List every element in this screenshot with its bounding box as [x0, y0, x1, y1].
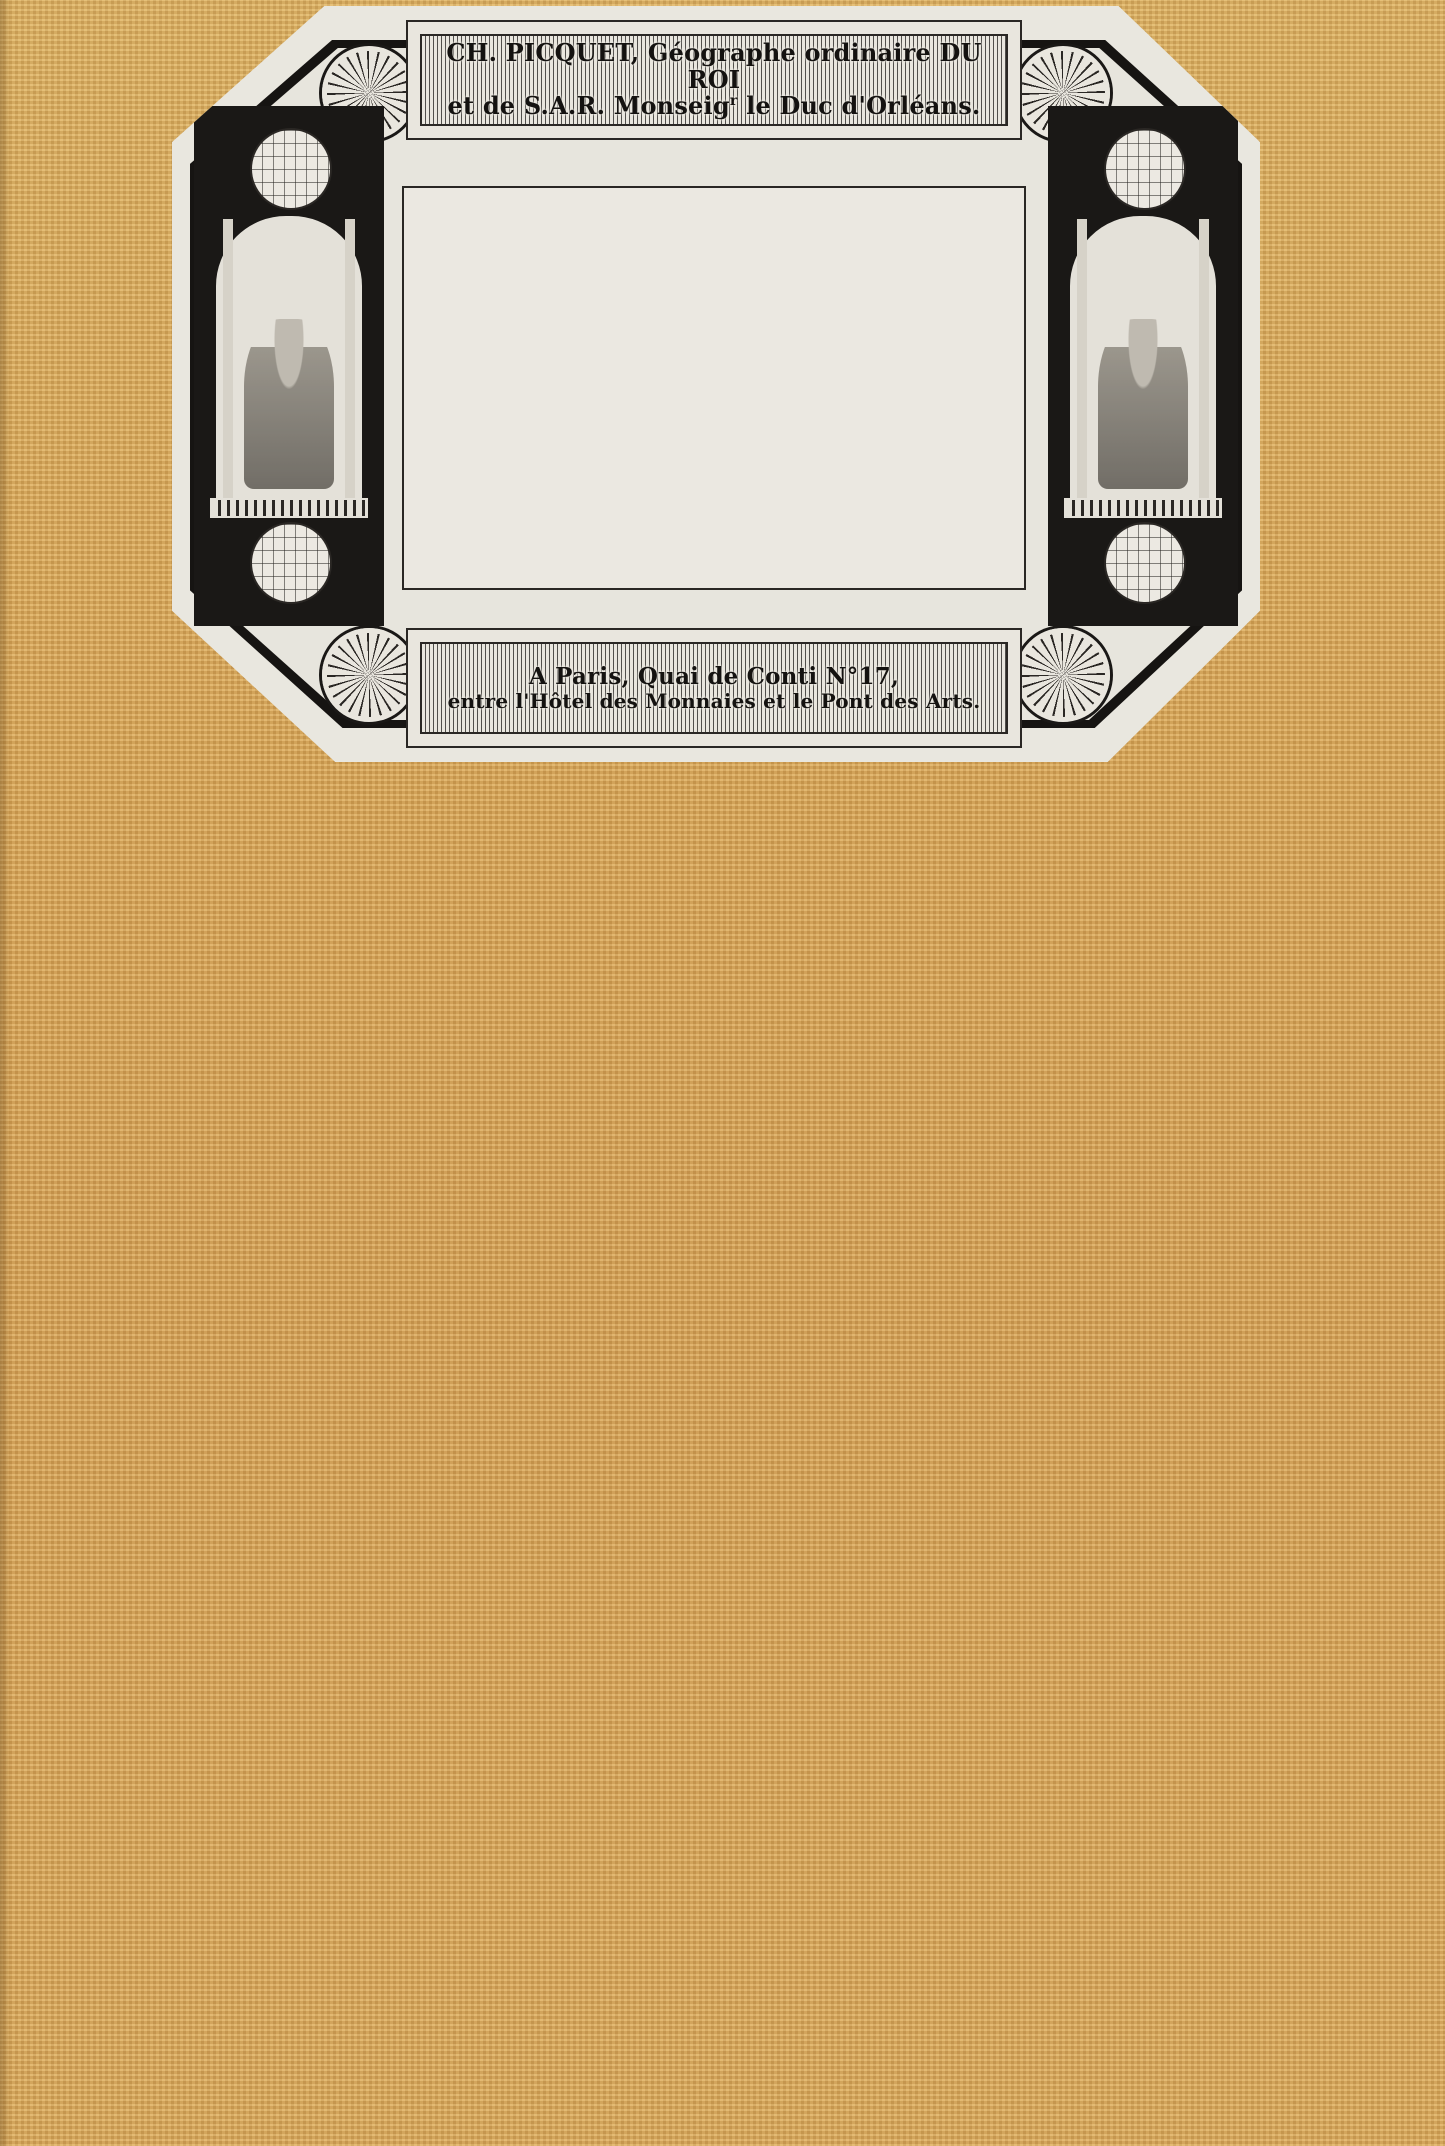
address-cartouche: A Paris, Quai de Conti N°17, entre l'Hôt… — [420, 642, 1008, 734]
globe-icon — [250, 128, 332, 210]
publisher-name-cartouche: CH. PICQUET, Géographe ordinaire DU ROI … — [420, 34, 1008, 126]
pedestal — [210, 498, 368, 518]
right-ornament-panel — [1048, 106, 1238, 626]
allegorical-figure-scroll-icon — [244, 319, 334, 489]
patron-superscript: r — [730, 92, 738, 109]
gothic-niche — [1070, 216, 1216, 502]
gothic-niche — [216, 216, 362, 502]
cover-spine-edge — [0, 0, 10, 2146]
rosette-icon — [322, 628, 416, 722]
publisher-label: CH. PICQUET, Géographe ordinaire DU ROI … — [172, 6, 1260, 762]
allegorical-figure-globe-icon — [1098, 319, 1188, 489]
patron-text: et de S.A.R. Monseig — [448, 91, 730, 120]
blank-title-field — [402, 186, 1026, 590]
pedestal — [1064, 498, 1222, 518]
address-line-2: entre l'Hôtel des Monnaies et le Pont de… — [444, 690, 985, 712]
patron-text-rest: le Duc d'Orléans. — [738, 91, 981, 120]
rosette-icon — [1016, 628, 1110, 722]
publisher-name: CH. PICQUET, Géographe ordinaire DU ROI — [422, 40, 1006, 94]
globe-icon — [250, 522, 332, 604]
address-line-1: A Paris, Quai de Conti N°17, — [525, 664, 903, 690]
globe-icon — [1104, 522, 1186, 604]
linen-cover: CH. PICQUET, Géographe ordinaire DU ROI … — [0, 0, 1445, 2146]
left-ornament-panel — [194, 106, 384, 626]
globe-icon — [1104, 128, 1186, 210]
publisher-patron: et de S.A.R. Monseigr le Duc d'Orléans. — [444, 93, 985, 120]
